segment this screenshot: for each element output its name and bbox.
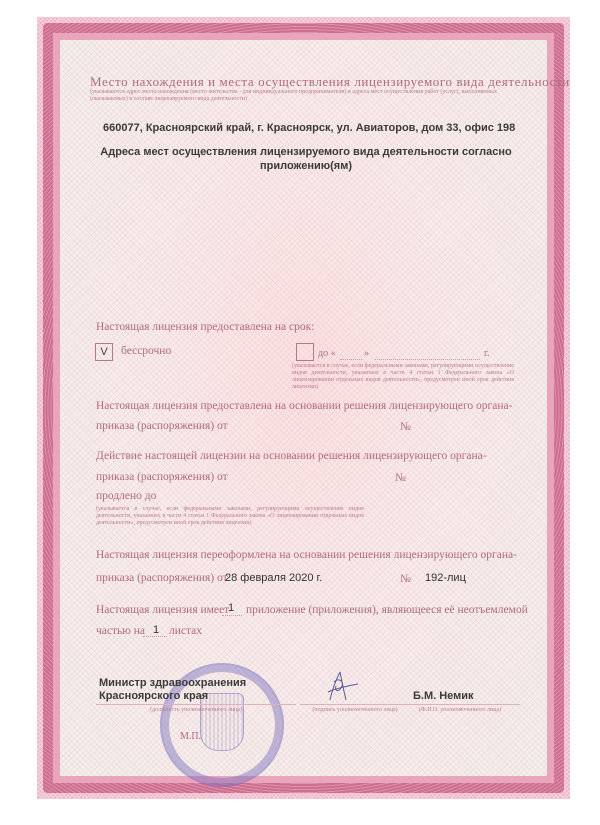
appendix-middle: приложение (приложения), являющееся её н… (246, 604, 528, 616)
stamp-place-label: М.П. (180, 731, 201, 742)
signature-line (300, 704, 410, 705)
until-label: до « (318, 348, 336, 359)
basis-number-label: № (400, 421, 411, 433)
location-heading: Место нахождения и места осуществления л… (90, 74, 570, 90)
signatory-name: Б.М. Немик (413, 690, 474, 702)
unlimited-label: бессрочно (121, 345, 171, 357)
position-caption: (должность уполномоченного лица) (96, 707, 296, 714)
until-close-quote: » (364, 348, 369, 359)
until-year-suffix: г. (484, 348, 489, 359)
address: 660077, Красноярский край, г. Красноярск… (103, 122, 515, 134)
basis-line1: Настоящая лицензия предоставлена на осно… (96, 400, 512, 412)
until-checkbox[interactable] (296, 343, 314, 361)
extended-until-label: продлено до (96, 490, 156, 502)
appendix-prefix: Настоящая лицензия имеет (96, 604, 229, 616)
places-line1: Адреса мест осуществления лицензируемого… (100, 146, 512, 158)
reissue-line1: Настоящая лицензия переоформлена на осно… (96, 549, 517, 561)
reissue-number-label: № (400, 573, 411, 585)
signature-icon (322, 670, 362, 704)
unlimited-checkbox[interactable]: V (95, 343, 113, 361)
until-month-year-field (375, 359, 480, 360)
extension-number-label: № (395, 472, 406, 484)
until-hint: (указывается в случае, если федеральными… (292, 363, 514, 391)
name-line (400, 704, 520, 705)
signatory-position-line2: Красноярского края (99, 690, 208, 702)
basis-line2: приказа (распоряжения) от (96, 420, 228, 432)
appendix-sheets-prefix: частью на (96, 625, 145, 637)
reissue-line2: приказа (распоряжения) от (96, 572, 228, 584)
signatory-position-line1: Министр здравоохранения (99, 677, 246, 689)
extension-line2: приказа (распоряжения) от (96, 471, 228, 483)
extension-line1: Действие настоящей лицензии на основании… (96, 450, 487, 462)
appendix-count-line (222, 615, 242, 616)
places-line2: приложению(ям) (100, 160, 512, 172)
appendix-sheets-line (143, 636, 167, 637)
appendix-sheets-suffix: листах (169, 625, 202, 637)
appendix-count: 1 (228, 602, 234, 614)
appendix-sheets: 1 (153, 624, 159, 636)
location-hint: (указываются адрес места нахождения (мес… (90, 89, 520, 103)
until-day-field (340, 359, 362, 360)
signature-caption: (подпись уполномоченного лица) (300, 707, 410, 714)
license-content: Место нахождения и места осуществления л… (0, 0, 600, 825)
reissue-date: 28 февраля 2020 г. (225, 572, 322, 584)
extension-hint: (указывается в случае, если федеральными… (96, 506, 364, 527)
position-line (96, 704, 296, 705)
term-label: Настоящая лицензия предоставлена на срок… (96, 321, 314, 333)
name-caption: (Ф.И.О. уполномоченного лица) (400, 707, 520, 714)
reissue-number: 192-лиц (425, 572, 466, 584)
